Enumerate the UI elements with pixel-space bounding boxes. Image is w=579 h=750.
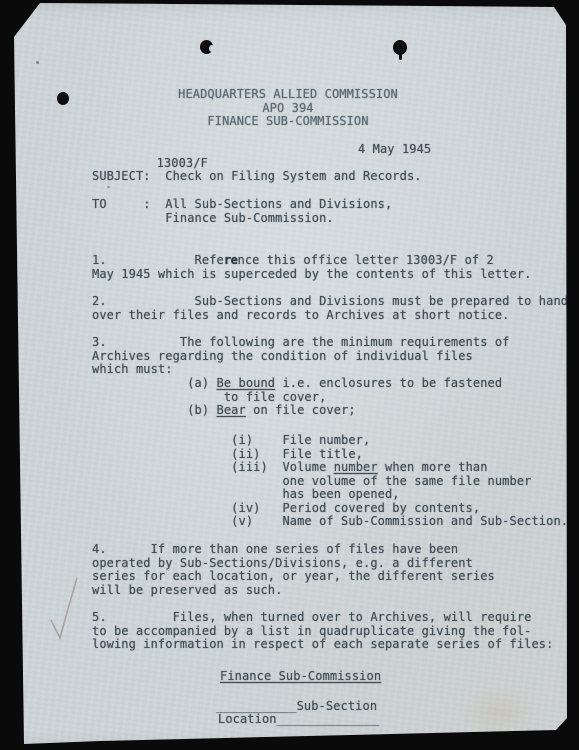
form-commission-heading: Finance Sub-Commission <box>220 670 381 684</box>
item-iii-underlined: number <box>334 460 378 474</box>
cover-item-iii-line3: has been opened, <box>92 488 400 502</box>
requirement-item-a-line2: to file cover, <box>92 391 326 405</box>
para4-line-1: 4. If more than one series of files have… <box>92 543 458 557</box>
para3-line-3: which must: <box>92 363 173 377</box>
item-iii-rest: when more than <box>378 460 488 474</box>
scan-background: HEADQUARTERS ALLIED COMMISSION APO 394 F… <box>0 0 579 750</box>
para3-line-1: 3. The following are the minimum require… <box>92 336 510 350</box>
to-line-2: Finance Sub-Commission. <box>92 212 334 226</box>
para5-line-2: to be accompanied by a list in quadrupli… <box>92 625 531 639</box>
document-text: HEADQUARTERS ALLIED COMMISSION APO 394 F… <box>0 0 579 750</box>
pencil-checkmark-icon <box>46 574 84 646</box>
to-line-1: TO : All Sub-Sections and Divisions, <box>92 198 392 212</box>
requirement-item-b: (b) Bear on file cover; <box>92 404 356 418</box>
cover-item-v: (v) Name of Sub-Commission and Sub-Secti… <box>92 515 568 529</box>
form-location-blank: Location______________ <box>218 713 379 727</box>
document-page: HEADQUARTERS ALLIED COMMISSION APO 394 F… <box>0 0 579 750</box>
para1-rest: nce this office letter 13003/F of 2 <box>238 253 494 267</box>
punch-hole-chip <box>209 45 215 52</box>
ink-speck <box>36 61 39 64</box>
punch-hole-left <box>57 92 69 105</box>
para2-line-2: over their files and records to Archives… <box>92 309 510 323</box>
cover-item-iv: (iv) Period covered by contents, <box>92 502 480 516</box>
punch-hole-top-right <box>393 40 407 55</box>
item-b-underlined: Bear <box>217 403 246 417</box>
item-b-label: (b) <box>92 403 217 417</box>
para2-line-1: 2. Sub-Sections and Divisions must be pr… <box>92 295 568 309</box>
punch-hole-drip <box>399 54 402 60</box>
overstruck-letters: re <box>224 253 238 267</box>
cover-item-ii: (ii) File title, <box>92 448 363 462</box>
commission-underlined: Finance Sub-Commission <box>220 669 381 683</box>
para5-line-1: 5. Files, when turned over to Archives, … <box>92 611 531 625</box>
item-a-label: (a) <box>92 376 217 390</box>
item-a-rest: i.e. enclosures to be fastened <box>275 376 502 390</box>
para4-line-4: will be preserved as such. <box>92 584 282 598</box>
item-iii-prefix: (iii) Volume <box>92 460 334 474</box>
header-line-3: FINANCE SUB-COMMISSION <box>14 115 562 129</box>
header-line-1: HEADQUARTERS ALLIED COMMISSION <box>14 88 562 102</box>
cover-item-iii: (iii) Volume number when more than <box>92 461 488 475</box>
para5-line-3: lowing information in respect of each se… <box>92 638 553 652</box>
cover-item-iii-line2: one volume of the same file number <box>92 475 531 489</box>
subject-line: SUBJECT: Check on Filing System and Reco… <box>92 170 422 184</box>
cover-item-i: (i) File number, <box>92 434 370 448</box>
document-date: 4 May 1945 <box>358 143 431 157</box>
para1-line-1: 1. Reference this office letter 13003/F … <box>92 254 494 268</box>
para3-line-2: Archives regarding the condition of indi… <box>92 350 473 364</box>
requirement-item-a: (a) Be bound i.e. enclosures to be faste… <box>92 377 502 391</box>
para4-line-2: operated by Sub-Sections/Divisions, e.g.… <box>92 557 473 571</box>
header-line-2: APO 394 <box>14 102 562 116</box>
para4-line-3: series for each location, or year, the d… <box>92 570 495 584</box>
file-number: 13003/F <box>157 156 208 170</box>
item-a-underlined: Be bound <box>217 376 276 390</box>
para1-line-2: May 1945 which is superceded by the cont… <box>92 268 531 282</box>
ink-speck <box>107 186 110 188</box>
para1-prefix: 1. Refe <box>92 253 224 267</box>
item-b-rest: on file cover; <box>246 403 356 417</box>
